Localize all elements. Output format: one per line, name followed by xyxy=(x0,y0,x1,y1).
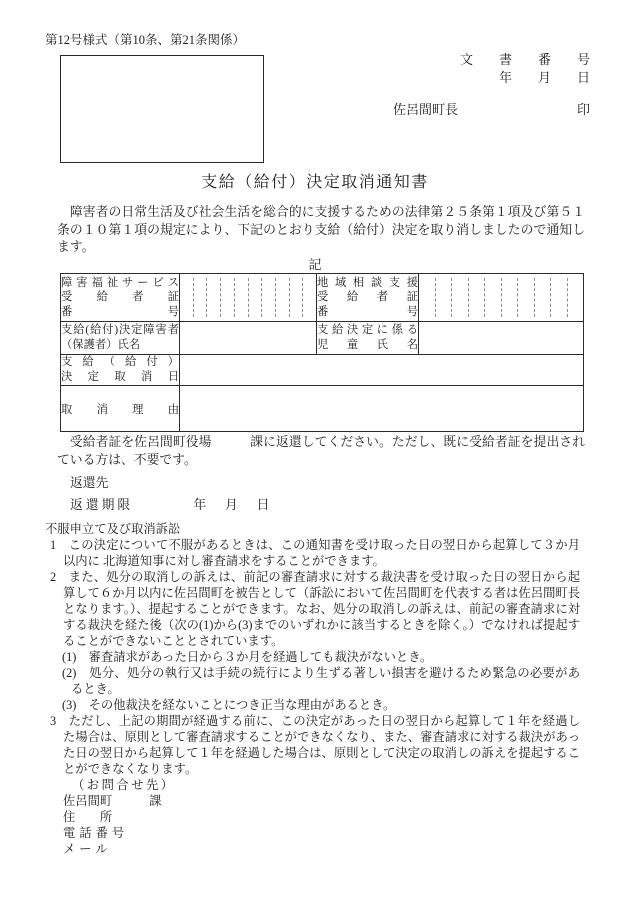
return-instruction: 受給者証を佐呂間町役場 課に返還してください。ただし、既に受給者証を提出されてい… xyxy=(57,434,585,469)
service-cert-number-field xyxy=(180,274,317,322)
cancel-date-label: 支給（給付） 決定取消日 xyxy=(61,355,180,386)
contact-email-label: メール xyxy=(63,841,580,857)
cancel-date-label-line2: 決定取消日 xyxy=(61,370,179,385)
digit-boxes xyxy=(180,274,316,321)
appeal-item-1: 1 この決定について不服があるときは、この通知書を受け取った日の翌日から起算して… xyxy=(50,537,580,569)
cancel-date-label-line1: 支給（給付） xyxy=(61,355,179,370)
regional-cert-label-line2: 受給者証 xyxy=(317,290,418,305)
regional-cert-label-line1: 地域相談支援 xyxy=(317,276,418,291)
grantee-label-line1: 支給(給付)決定障害者 xyxy=(61,323,179,338)
document-date-line: 年 月 日 xyxy=(460,69,590,87)
appeal-subitem-2: (2) 処分、処分の執行又は手続の続行により生ずる著しい損害を避けるため緊急の必… xyxy=(62,665,580,697)
document-number-block: 文 書 番 号 年 月 日 xyxy=(460,51,590,87)
regional-support-cert-label: 地域相談支援 受給者証 番号 xyxy=(317,274,419,322)
seal-mark: 印 xyxy=(577,99,590,118)
child-name-label: 支給決定に係る 児童氏名 xyxy=(317,322,419,355)
child-name-field xyxy=(419,322,584,355)
appeal-item-3: 3 ただし、上記の期間が経過する前に、この決定があった日の翌日から起算して１年を… xyxy=(50,713,580,777)
grantee-name-field xyxy=(180,322,317,355)
child-label-line2: 児童氏名 xyxy=(317,338,418,353)
cancel-date-field xyxy=(180,355,584,386)
contact-heading: （お問合せ先） xyxy=(72,777,580,793)
child-label-line1: 支給決定に係る xyxy=(317,323,418,338)
issuer-line: 佐呂間町長 印 xyxy=(393,99,590,118)
appeal-item-2: 2 また、処分の取消しの訴えは、前記の審査請求に対する裁決書を受け取った日の翌日… xyxy=(50,569,580,649)
grantee-label-line2: （保護者）氏名 xyxy=(61,338,179,353)
contact-phone-label: 電話番号 xyxy=(63,825,580,841)
document-number-line: 文 書 番 号 xyxy=(460,51,590,69)
service-cert-label-line3: 番号 xyxy=(61,305,179,320)
digit-boxes xyxy=(419,274,583,321)
form-number-note: 第12号様式（第10条、第21条関係） xyxy=(45,30,245,48)
appeal-subitem-1: (1) 審査請求があった日から３か月を経過しても裁決がないとき。 xyxy=(62,649,580,665)
contact-address-label: 住 所 xyxy=(63,809,580,825)
cancel-reason-field xyxy=(180,386,584,432)
cancel-reason-label: 取消理由 xyxy=(61,386,180,432)
return-deadline-date: 年 月 日 xyxy=(193,498,272,512)
service-cert-label-line2: 受給者証 xyxy=(61,290,179,305)
appeal-section: 不服申立て及び取消訴訟 1 この決定について不服があるときは、この通知書を受け取… xyxy=(45,521,580,857)
cancel-reason-label-line: 取消理由 xyxy=(61,401,179,417)
contact-office-line: 佐呂間町 課 xyxy=(63,793,580,809)
return-deadline-label: 返還期限 xyxy=(70,498,133,512)
intro-paragraph: 障害者の日常生活及び社会生活を総合的に支援するための法律第２５条第１項及び第５１… xyxy=(57,204,585,257)
appeal-subitem-3: (3) その他裁決を経ないことにつき正当な理由があるとき。 xyxy=(62,697,580,713)
return-destination-label: 返還先 xyxy=(70,472,108,491)
document-title: 支給（給付）決定取消通知書 xyxy=(0,169,630,192)
cancellation-notice-form: { "header": { "form_note": "第12号様式（第10条、… xyxy=(0,0,630,903)
notation-ki: 記 xyxy=(0,254,630,273)
regional-cert-label-line3: 番号 xyxy=(317,305,418,320)
regional-cert-number-field xyxy=(419,274,584,322)
mayor-name: 佐呂間町長 xyxy=(393,99,458,118)
appeal-heading: 不服申立て及び取消訴訟 xyxy=(45,521,580,537)
grantee-name-label: 支給(給付)決定障害者 （保護者）氏名 xyxy=(61,322,180,355)
service-cert-number-label: 障害福祉サービス 受給者証 番号 xyxy=(61,274,180,322)
service-cert-label-line1: 障害福祉サービス xyxy=(61,276,179,291)
return-deadline-line: 返還期限 年 月 日 xyxy=(70,494,272,513)
addressee-box xyxy=(60,55,264,163)
cancellation-table: 障害福祉サービス 受給者証 番号 地域相談支援 受給者証 番号 支給(給付)決定… xyxy=(60,273,584,432)
